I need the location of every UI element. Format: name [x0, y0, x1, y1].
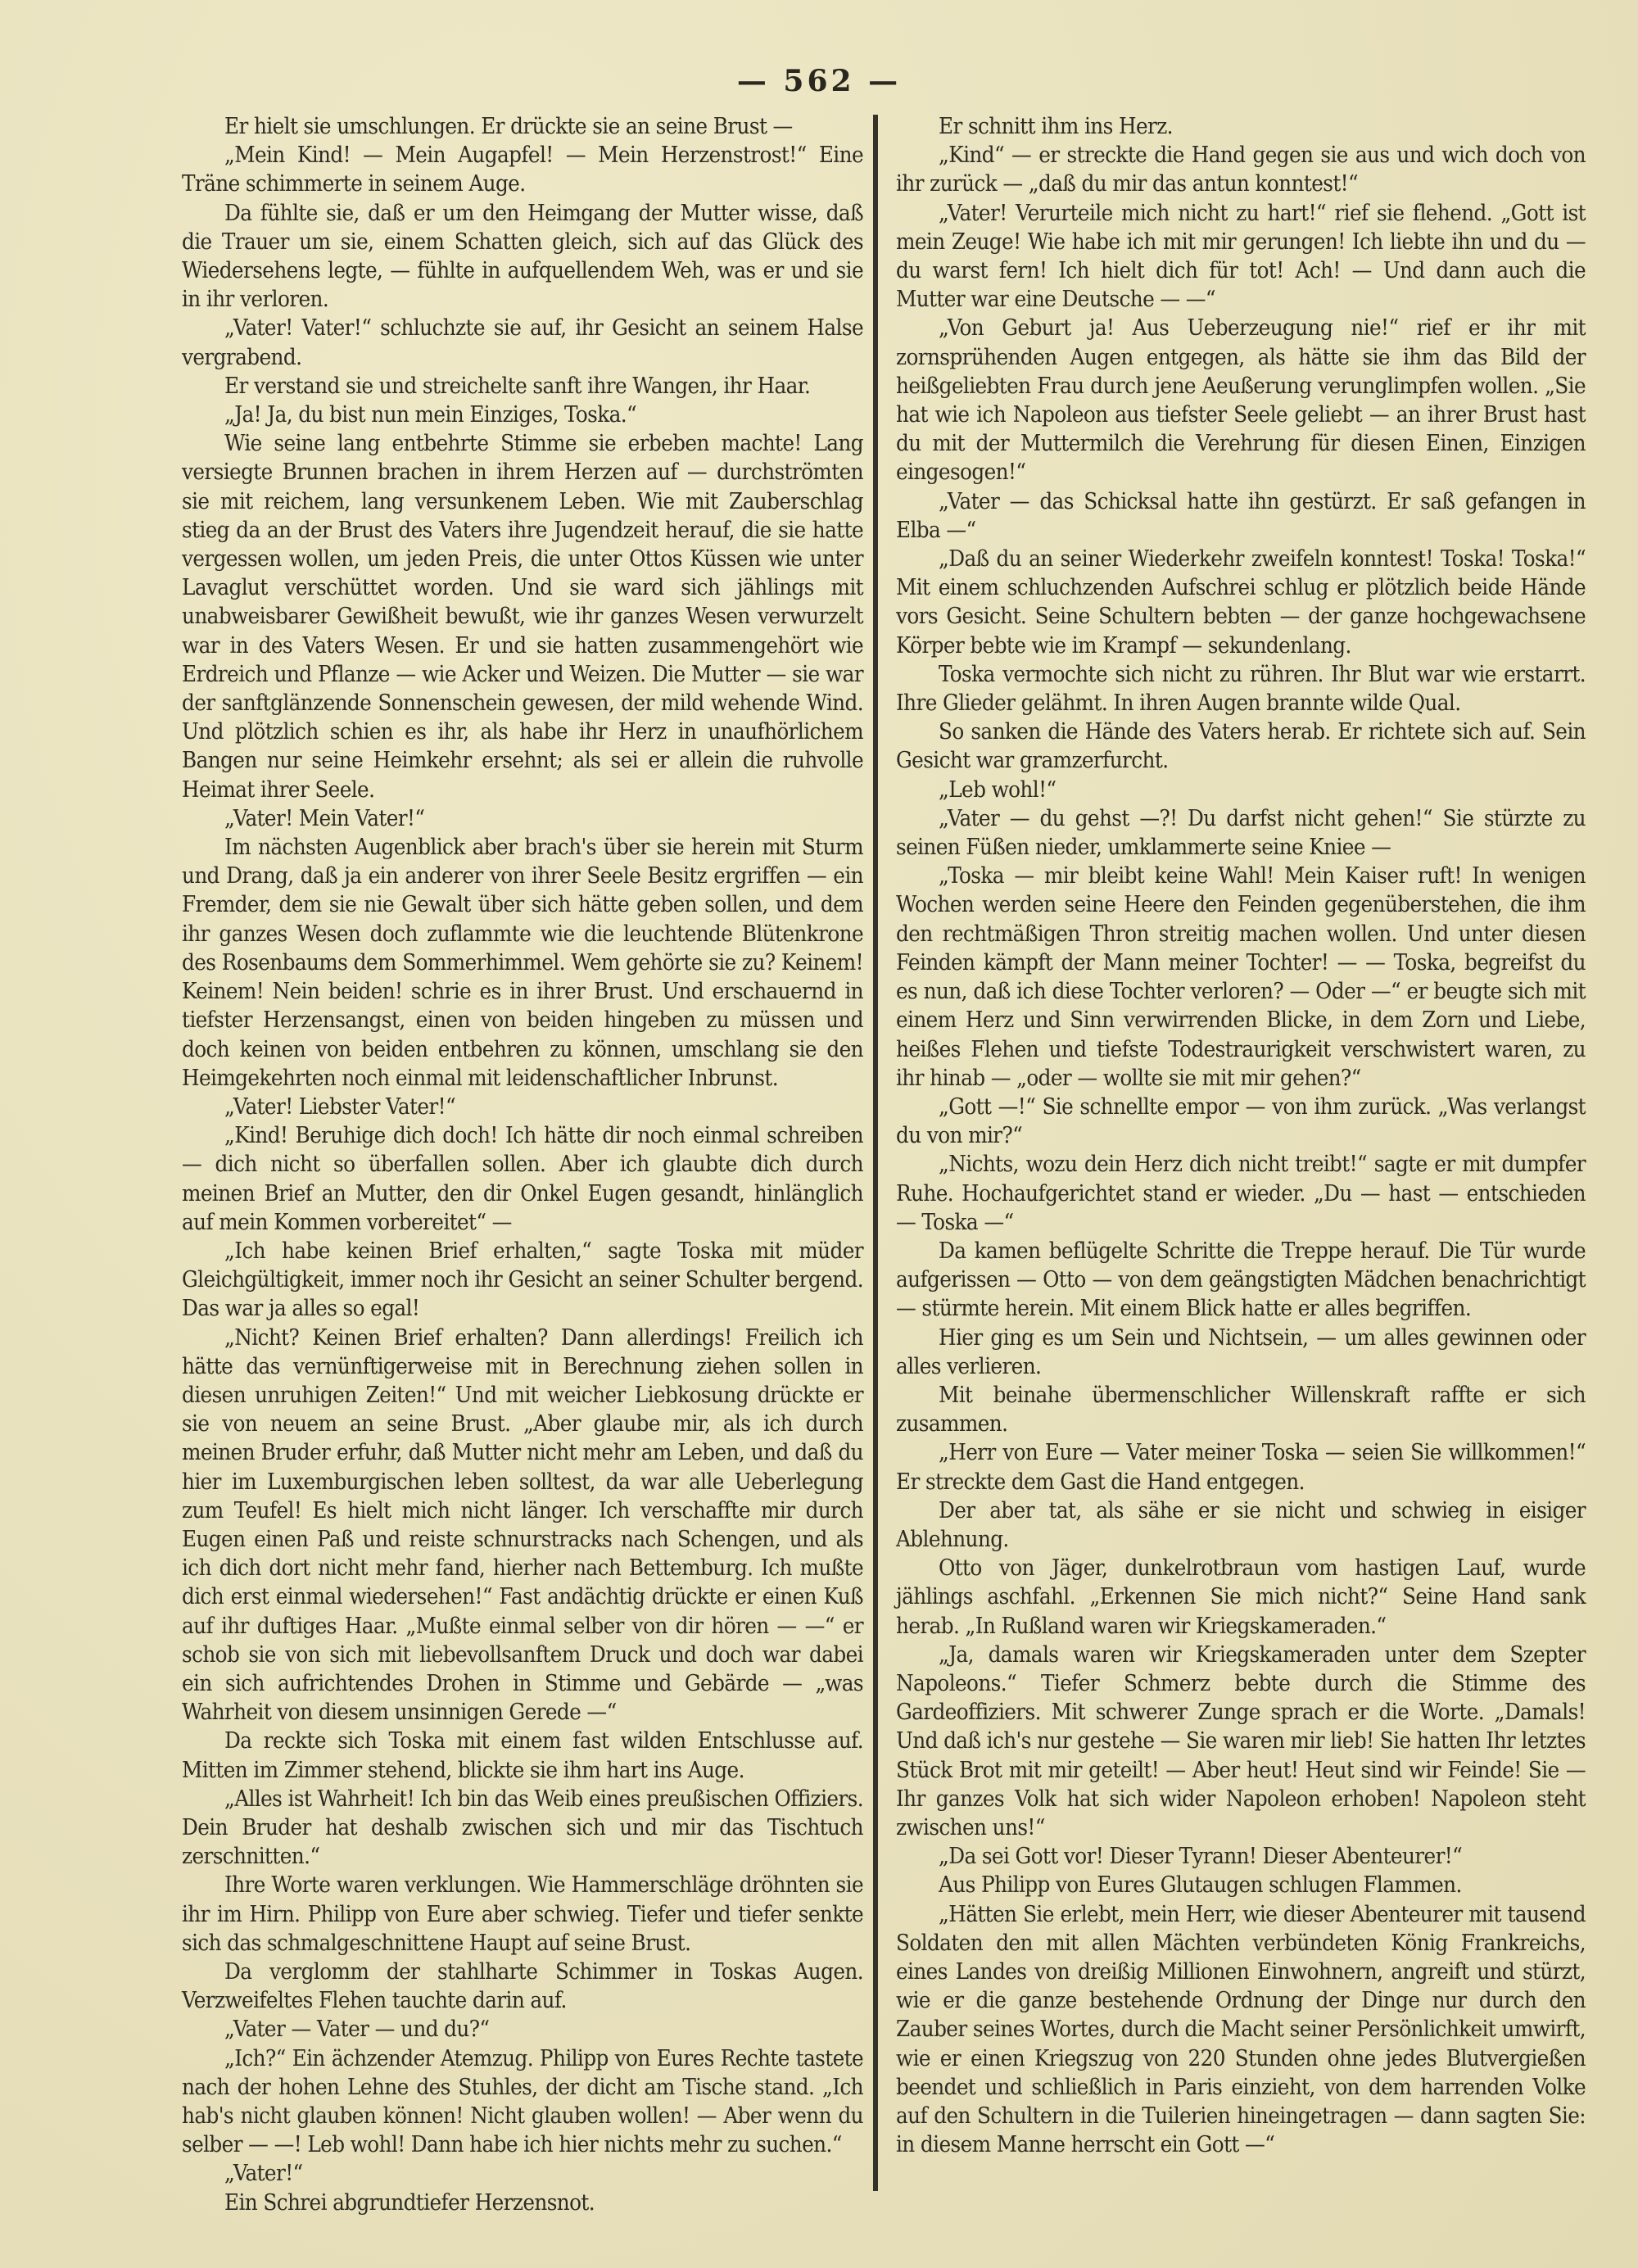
- paragraph: Toska vermochte sich nicht zu rühren. Ih…: [896, 660, 1586, 718]
- paragraph: „Ja! Ja, du bist nun mein Einziges, Tosk…: [182, 401, 863, 429]
- paragraph: Da fühlte sie, daß er um den Heimgang de…: [182, 199, 863, 315]
- paragraph: So sanken die Hände des Vaters herab. Er…: [896, 718, 1586, 775]
- paragraph: Der aber tat, als sähe er sie nicht und …: [896, 1496, 1586, 1554]
- paragraph: „Vater! Mein Vater!“: [182, 804, 863, 833]
- paragraph: „Nichts, wozu dein Herz dich nicht treib…: [896, 1150, 1586, 1237]
- paragraph: Aus Philipp von Eures Glutaugen schlugen…: [896, 1871, 1586, 1899]
- paragraph: „Vater — das Schicksal hatte ihn gestürz…: [896, 487, 1586, 545]
- paragraph: Da kamen beflügelte Schritte die Treppe …: [896, 1237, 1586, 1324]
- paragraph: Da reckte sich Toska mit einem fast wild…: [182, 1727, 863, 1784]
- paragraph: Ein Schrei abgrundtiefer Herzensnot.: [182, 2189, 863, 2217]
- paragraph: „Herr von Eure — Vater meiner Toska — se…: [896, 1438, 1586, 1496]
- paragraph: „Gott —!“ Sie schnellte empor — von ihm …: [896, 1093, 1586, 1150]
- right-column: Er schnitt ihm ins Herz. „Kind“ — er str…: [896, 112, 1586, 2159]
- paragraph: „Nicht? Keinen Brief erhalten? Dann alle…: [182, 1324, 863, 1727]
- paragraph: „Daß du an seiner Wiederkehr zweifeln ko…: [896, 545, 1586, 660]
- paragraph: Er schnitt ihm ins Herz.: [896, 112, 1586, 141]
- paragraph: „Kind“ — er streckte die Hand gegen sie …: [896, 141, 1586, 198]
- column-divider: [873, 115, 878, 2191]
- paragraph: „Vater! Vater!“ schluchzte sie auf, ihr …: [182, 314, 863, 371]
- paragraph: „Alles ist Wahrheit! Ich bin das Weib ei…: [182, 1785, 863, 1872]
- paragraph: „Vater — du gehst —?! Du darfst nicht ge…: [896, 804, 1586, 862]
- paragraph: Wie seine lang entbehrte Stimme sie erbe…: [182, 429, 863, 804]
- paragraph: „Vater — Vater — und du?“: [182, 2015, 863, 2044]
- paragraph: „Kind! Beruhige dich doch! Ich hätte dir…: [182, 1121, 863, 1237]
- paragraph: Ihre Worte waren verklungen. Wie Hammers…: [182, 1871, 863, 1958]
- paragraph: „Da sei Gott vor! Dieser Tyrann! Dieser …: [896, 1842, 1586, 1871]
- paragraph: Er verstand sie und streichelte sanft ih…: [182, 372, 863, 401]
- page-number: — 562 —: [0, 64, 1638, 98]
- paragraph: „Ich habe keinen Brief erhalten,“ sagte …: [182, 1237, 863, 1324]
- paragraph: „Ja, damals waren wir Kriegskameraden un…: [896, 1641, 1586, 1842]
- paragraph: Da verglomm der stahlharte Schimmer in T…: [182, 1958, 863, 2015]
- paragraph: „Vater! Liebster Vater!“: [182, 1093, 863, 1121]
- paragraph: Hier ging es um Sein und Nichtsein, — um…: [896, 1324, 1586, 1381]
- paragraph: „Ich?“ Ein ächzender Atemzug. Philipp vo…: [182, 2044, 863, 2160]
- paragraph: „Von Geburt ja! Aus Ueberzeugung nie!“ r…: [896, 314, 1586, 487]
- paragraph: Otto von Jäger, dunkelrotbraun vom hasti…: [896, 1554, 1586, 1641]
- paragraph: Er hielt sie umschlungen. Er drückte sie…: [182, 112, 863, 141]
- paragraph: „Toska — mir bleibt keine Wahl! Mein Kai…: [896, 862, 1586, 1093]
- paragraph: „Mein Kind! — Mein Augapfel! — Mein Herz…: [182, 141, 863, 198]
- left-column: Er hielt sie umschlungen. Er drückte sie…: [182, 112, 863, 2217]
- paragraph: „Vater! Verurteile mich nicht zu hart!“ …: [896, 199, 1586, 315]
- paragraph: Mit beinahe übermenschlicher Willenskraf…: [896, 1381, 1586, 1438]
- paragraph: Im nächsten Augenblick aber brach's über…: [182, 833, 863, 1093]
- paragraph: „Vater!“: [182, 2159, 863, 2188]
- paragraph: „Hätten Sie erlebt, mein Herr, wie diese…: [896, 1900, 1586, 2160]
- paragraph: „Leb wohl!“: [896, 776, 1586, 804]
